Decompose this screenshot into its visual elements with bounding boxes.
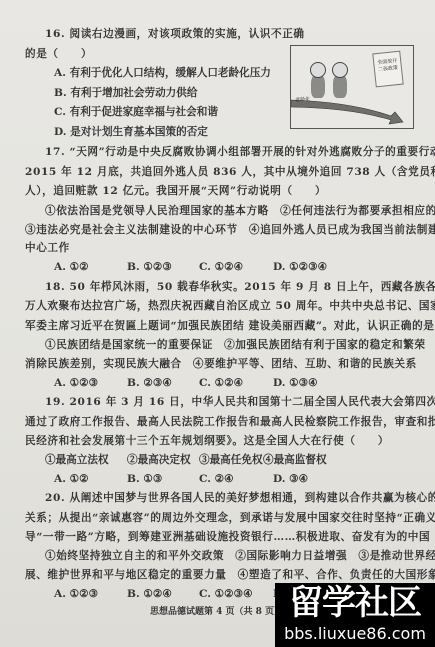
q20-option-c: C. ①②③④ [199, 588, 253, 601]
q20-item-line-1: ①始终坚持独立自主的和平外交政策 ②国际影响力日益增强 ③是推动世界经济发 [45, 550, 435, 563]
q20-stem-line-3: 导“一带一路”方略，到筹建亚洲基础设施投资银行……积极进取、奋发有为的中国（ ） [25, 531, 435, 544]
q19-option-c: C. ②④ [199, 473, 234, 486]
q18-stem-line-3: 军委主席习近平在贺匾上题词“加强民族团结 建设美丽西藏”。对此，认识正确的是（ … [25, 320, 435, 333]
q17-item-line-3: 中心工作 [25, 242, 70, 255]
site-watermark: 留学社区 bbs.liuxue86.com [275, 583, 435, 647]
q16-stem-line-2: 的是（ ） [25, 48, 92, 61]
exam-page: 16. 阅读右边漫画，对该项政策的实施，认识不正确 的是（ ） A. 有利于优化… [0, 0, 435, 647]
q18-item-line-2: 消除民族差别，实现民族大融合 ④要维护平等、团结、互助、和谐的民族关系 [25, 358, 417, 371]
q17-item-line-2: ③违法必究是社会主义法制建设的中心环节 ④追回外逃人员已成为我国当前法制建设的 [25, 224, 435, 237]
q18-option-c: C. ①②④ [199, 377, 243, 390]
q19-option-d: D. ③④ [273, 473, 308, 486]
q19-item-4: ④最高监督权 [263, 454, 327, 467]
q18-option-b: B. ②③④ [127, 377, 172, 390]
q20-stem-line-2: 关系；从提出“亲诚惠容”的周边外交理念，到承诺与发展中国家交往时坚持“正确义利观… [25, 512, 435, 525]
q19-stem-line-1: 19. 2016 年 3 月 16 日，中华人民共和国第十二届全国人民代表大会第… [45, 396, 435, 409]
q18-stem-line-2: 万人欢聚布达拉宫广场，热烈庆祝西藏自治区成立 50 周年。中共中央总书记、国家主… [25, 300, 435, 313]
q20-option-a: A. ①②③ [54, 588, 98, 601]
person-head-2 [332, 62, 348, 78]
q18-option-a: A. ①②③ [54, 377, 98, 390]
policy-sign: 全面放开 二孩政策 [372, 51, 403, 88]
q16-option-a: A. 有利于优化人口结构，缓解人口老龄化压力 [54, 67, 271, 80]
sign-text-line-2: 二孩政策 [375, 65, 402, 75]
q20-item-line-2: 展、维护世界和平与地区稳定的重要力量 ④塑造了和平、合作、负责任的大国形象 [25, 569, 435, 582]
q20-option-b: B. ①②④ [127, 588, 172, 601]
q18-stem-line-1: 18. 50 年栉风沐雨，50 载春华秋实。2015 年 9 月 8 日上午，西… [45, 281, 435, 294]
watermark-url: bbs.liuxue86.com [275, 623, 435, 645]
q18-item-line-1: ①民族团结是国家统一的重要保证 ②加强民族团结有利于国家的稳定和繁荣 ③要 [45, 339, 435, 352]
q19-item-2: ②最高决定权 [127, 454, 191, 467]
q19-item-1: ①最高立法权 [45, 454, 109, 467]
q16-option-c: C. 有利于促进家庭幸福与社会和谐 [54, 106, 218, 119]
q17-stem-line-3: 人），追回赃款 12 亿元。我国开展“天网”行动说明（ ） [25, 185, 326, 198]
q19-stem-line-2: 通过了政府工作报告、最高人民法院工作报告和最高人民检察院工作报告，审查和批准了《… [25, 416, 435, 429]
q19-stem-line-3: 民经济和社会发展第十三个五年规划纲要》。这是全国人大在行使（ ） [25, 435, 389, 448]
q17-option-a: A. ①② [54, 261, 89, 274]
q17-option-c: C. ①②④ [199, 261, 243, 274]
q16-option-b: B. 有利于增加社会劳动力供给 [54, 87, 197, 100]
q16-option-d: D. 是对计划生育基本国策的否定 [54, 126, 208, 139]
person-head-1 [310, 62, 326, 78]
arrow-label: 老龄化 [295, 95, 310, 103]
q17-option-d: D. ①②③④ [273, 261, 327, 274]
q17-stem-line-2: 2015 年 12 月底，共追回外逃人员 836 人，其中从境外追回 738 人… [25, 166, 435, 179]
q17-item-line-1: ①依法治国是党领导人民治理国家的基本方略 ②任何违法行为都要承担相应的法律责任 [45, 205, 435, 218]
policy-cartoon: 全面放开 二孩政策 老龄化 [290, 45, 414, 129]
q18-option-d: D. ①③④ [273, 377, 318, 390]
q16-stem-line-1: 16. 阅读右边漫画，对该项政策的实施，认识不正确 [45, 28, 305, 41]
watermark-title: 留学社区 [279, 583, 431, 623]
page-footer: 思想品德试题第 4 页（共 8 页） [150, 604, 283, 617]
q19-item-3: ③最高任免权 [199, 454, 263, 467]
q17-stem-line-1: 17. “天网”行动是中央反腐败协调小组部署开展的针对外逃腐败分子的重要行动，至 [45, 146, 435, 159]
q17-option-b: B. ①②③ [127, 261, 172, 274]
q19-option-b: B. ①③ [127, 473, 162, 486]
q19-option-a: A. ①② [54, 473, 89, 486]
q20-stem-line-1: 20. 从阐述中国梦与世界各国人民的美好梦想相通，到构建以合作共赢为核心的新型国… [45, 492, 435, 505]
